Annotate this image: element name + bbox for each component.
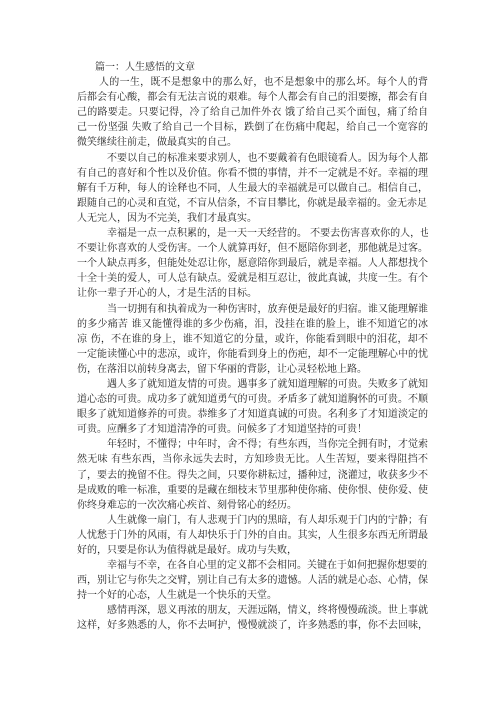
text-line: 可贵。应酬多了才知道清净的可贵。问候多了才知道坚持的可贵！ bbox=[77, 422, 428, 437]
text-line: 你终身难忘的一次次痛心疾首、刻骨铭心的经历。 bbox=[77, 498, 428, 513]
text-line: 遇人多了就知道友情的可贵。遇事多了就知道理解的可贵。失败多了就知 bbox=[77, 377, 428, 392]
text-line: 不要以自己的标准来要求别人，也不要戴着有色眼镜看人。因为每个人都 bbox=[77, 151, 428, 166]
text-line: 年轻时，不懂得；中年时，舍不得；有些东西，当你完全拥有时，才觉索 bbox=[77, 437, 428, 452]
paragraph-8: 幸福与不幸，在各自心里的定义都不会相同。关键在于如何把握你想要的东 西，别让它与… bbox=[77, 558, 428, 603]
text-line: 己一份坚强 失败了给自己一个目标，跌倒了在伤痛中爬起，给自己一个宽容的 bbox=[77, 120, 428, 135]
document-page: 篇一：人生感悟的文章 人的一生，既不是想象中的那么好，也不是想象中的那么坏。每个… bbox=[77, 60, 428, 634]
text-line: 解有千万种，每人的诠释也不同，人生最大的幸福就是可以做自己。相信自己， bbox=[77, 181, 428, 196]
paragraph-1: 人的一生，既不是想象中的那么好，也不是想象中的那么坏。每个人的背 后都会有心酸，… bbox=[77, 75, 428, 150]
text-line: 眼多了就知道修养的可贵。恭维多了才知道真诚的可贵。名利多了才知道淡定的 bbox=[77, 407, 428, 422]
text-line: 一个人缺点再多，但能处处忍让你，愿意陪你到最后，就是幸福。人人都想找个 bbox=[77, 256, 428, 271]
text-line: 这样，好多熟悉的人，你不去呵护，慢慢就淡了，许多熟悉的事，你不去回味， bbox=[77, 618, 428, 633]
paragraph-3: 幸福是一点一点积累的，是一天一天经营的。 不要去伤害喜欢你的人，也 不要让你喜欢… bbox=[77, 226, 428, 301]
paragraph-6: 年轻时，不懂得；中年时，舍不得；有些东西，当你完全拥有时，才觉索 然无味 有些东… bbox=[77, 437, 428, 512]
text-line: 幸福与不幸，在各自心里的定义都不会相同。关键在于如何把握你想要的东 bbox=[77, 558, 428, 573]
text-line: 微笑继续往前走，做最真实的自己。 bbox=[77, 135, 428, 150]
text-line: 人的一生，既不是想象中的那么好，也不是想象中的那么坏。每个人的背 bbox=[77, 75, 428, 90]
text-line: 一定能读懂心中的悲凉，或许，你能看到身上的伤疤，却不一定能理解心中的忧 bbox=[77, 347, 428, 362]
paragraph-9: 感情再深，恩义再浓的朋友，天涯远隔，情义，终将慢慢疏淡。世上事就 这样，好多熟悉… bbox=[77, 603, 428, 633]
text-line: 凉 伤，不在谁的身上，谁不知道它的分量，或许，你能看到眼中的泪花，却不 bbox=[77, 332, 428, 347]
text-line: 伤，在落泪以前转身离去，留下华丽的背影，让心灵轻松地上路。 bbox=[77, 362, 428, 377]
text-line: 持一个好的心态，人生就是一个快乐的天堂。 bbox=[77, 588, 428, 603]
text-line: 幸福是一点一点积累的，是一天一天经营的。 不要去伤害喜欢你的人，也 bbox=[77, 226, 428, 241]
text-line: 人忧愁于门外的风雨，有人却快乐于门外的自由。其实，人生很多东西无所谓最 bbox=[77, 528, 428, 543]
text-line: 道心态的可贵。成功多了就知道勇气的可贵。矛盾多了就知道胸怀的可贵。不顺 bbox=[77, 392, 428, 407]
text-line: 跟随自己的心灵和直觉，不盲从信条，不盲目攀比，你就是最幸福的。金无赤足， bbox=[77, 196, 428, 211]
paragraph-5: 遇人多了就知道友情的可贵。遇事多了就知道理解的可贵。失败多了就知 道心态的可贵。… bbox=[77, 377, 428, 437]
text-line: 当一切拥有和执着成为一种伤害时，放弃便是最好的归宿。谁又能理解谁 bbox=[77, 302, 428, 317]
text-line: 西，别让它与你失之交臂，别让自己有太多的遗憾。人活的就是心态、心情，保 bbox=[77, 573, 428, 588]
text-line: 是成败的唯一标准，重要的是藏在细枝末节里那种使你痛、使你恨、使你爱、使 bbox=[77, 483, 428, 498]
text-line: 不要让你喜欢的人受伤害。一个人就算再好，但不愿陪你到老，那他就是过客。 bbox=[77, 241, 428, 256]
text-line: 了，要去的挽留不住。得失之间，只要你耕耘过，播种过，浇灌过，收获多少不 bbox=[77, 468, 428, 483]
text-line: 然无味 有些东西，当你永远失去时，方知珍贵无比。人生苦短，要来得阻挡不 bbox=[77, 452, 428, 467]
text-line: 好的，只要是你认为值得就是最好。成功与失败， bbox=[77, 543, 428, 558]
paragraph-4: 当一切拥有和执着成为一种伤害时，放弃便是最好的归宿。谁又能理解谁 的多少痛苦 谁… bbox=[77, 302, 428, 377]
text-line: 的多少痛苦 谁又能懂得谁的多少伤痛，泪，没挂在谁的脸上，谁不知道它的冰 bbox=[77, 317, 428, 332]
text-line: 让你一辈子开心的人，才是生活的目标。 bbox=[77, 286, 428, 301]
text-line: 后都会有心酸，都会有无法言说的艰难。每个人都会有自己的泪要擦，都会有自 bbox=[77, 90, 428, 105]
text-line: 有自己的喜好和个性以及价值。你看不惯的事情，并不一定就是不好。幸福的理 bbox=[77, 166, 428, 181]
text-line: 人生就像一扇门，有人悲观于门内的黑暗，有人却乐观于门内的宁静；有 bbox=[77, 513, 428, 528]
document-title: 篇一：人生感悟的文章 bbox=[77, 60, 428, 75]
text-line: 十全十美的爱人，可人总有缺点。爱就是相互忍让，彼此真诚，共度一生。有个 bbox=[77, 271, 428, 286]
text-line: 人无完人，因为不完美，我们才最真实。 bbox=[77, 211, 428, 226]
paragraph-2: 不要以自己的标准来要求别人，也不要戴着有色眼镜看人。因为每个人都 有自己的喜好和… bbox=[77, 151, 428, 226]
text-line: 感情再深，恩义再浓的朋友，天涯远隔，情义，终将慢慢疏淡。世上事就 bbox=[77, 603, 428, 618]
text-line: 己的路要走。只要记得，冷了给自己加件外衣 饿了给自己买个面包，痛了给自 bbox=[77, 105, 428, 120]
paragraph-7: 人生就像一扇门，有人悲观于门内的黑暗，有人却乐观于门内的宁静；有 人忧愁于门外的… bbox=[77, 513, 428, 558]
